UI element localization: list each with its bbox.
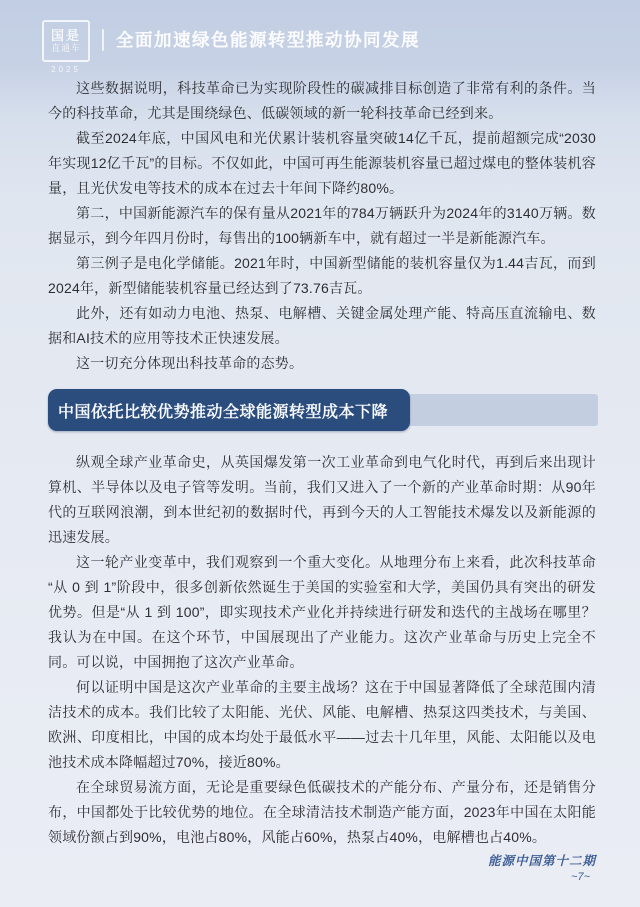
logo-seal-icon: 国是 直通车 [42, 20, 90, 62]
page-header: 国是 直通车 2025 全面加速绿色能源转型推动协同发展 [42, 20, 596, 74]
logo-text-bottom: 直通车 [51, 43, 81, 54]
article-title: 全面加速绿色能源转型推动协同发展 [116, 27, 420, 52]
paragraph: 此外，还有如动力电池、热泵、电解槽、关键金属处理产能、特高压直流输电、数据和AI… [48, 301, 596, 351]
section-heading-badge: 中国依托比较优势推动全球能源转型成本下降 [48, 389, 410, 431]
logo-year: 2025 [51, 65, 81, 74]
publication-name: 能源中国第十二期 [488, 853, 596, 870]
section-heading-text: 中国依托比较优势推动全球能源转型成本下降 [58, 399, 388, 422]
section-heading: 中国依托比较优势推动全球能源转型成本下降 [48, 389, 596, 431]
article-body: 这些数据说明，科技革命已为实现阶段性的碳减排目标创造了非常有利的条件。当今的科技… [48, 76, 596, 850]
header-divider [102, 29, 104, 51]
page-number: ~7~ [488, 870, 596, 885]
paragraph: 第三例子是电化学储能。2021年时，中国新型储能的装机容量仅为1.44吉瓦，而到… [48, 251, 596, 301]
logo-text-top: 国是 [51, 29, 81, 43]
paragraph: 第二，中国新能源汽车的保有量从2021年的784万辆跃升为2024年的3140万… [48, 201, 596, 251]
paragraph: 这一切充分体现出科技革命的态势。 [48, 351, 596, 376]
page-footer: 能源中国第十二期 ~7~ [488, 853, 596, 885]
paragraph: 在全球贸易流方面，无论是重要绿色低碳技术的产能分布、产量分布，还是销售分布，中国… [48, 775, 596, 850]
publication-logo: 国是 直通车 2025 [42, 20, 90, 74]
paragraph: 这一轮产业变革中，我们观察到一个重大变化。从地理分布上来看，此次科技革命“从 0… [48, 550, 596, 675]
paragraph: 截至2024年底，中国风电和光伏累计装机容量突破14亿千瓦，提前超额完成“203… [48, 126, 596, 201]
paragraph: 何以证明中国是这次产业革命的主要主战场？这在于中国显著降低了全球范围内清洁技术的… [48, 675, 596, 775]
paragraph: 纵观全球产业革命史，从英国爆发第一次工业革命到电气化时代，再到后来出现计算机、半… [48, 450, 596, 550]
document-page: { "header": { "logo": { "line1": "国是", "… [0, 0, 640, 907]
paragraph: 这些数据说明，科技革命已为实现阶段性的碳减排目标创造了非常有利的条件。当今的科技… [48, 76, 596, 126]
